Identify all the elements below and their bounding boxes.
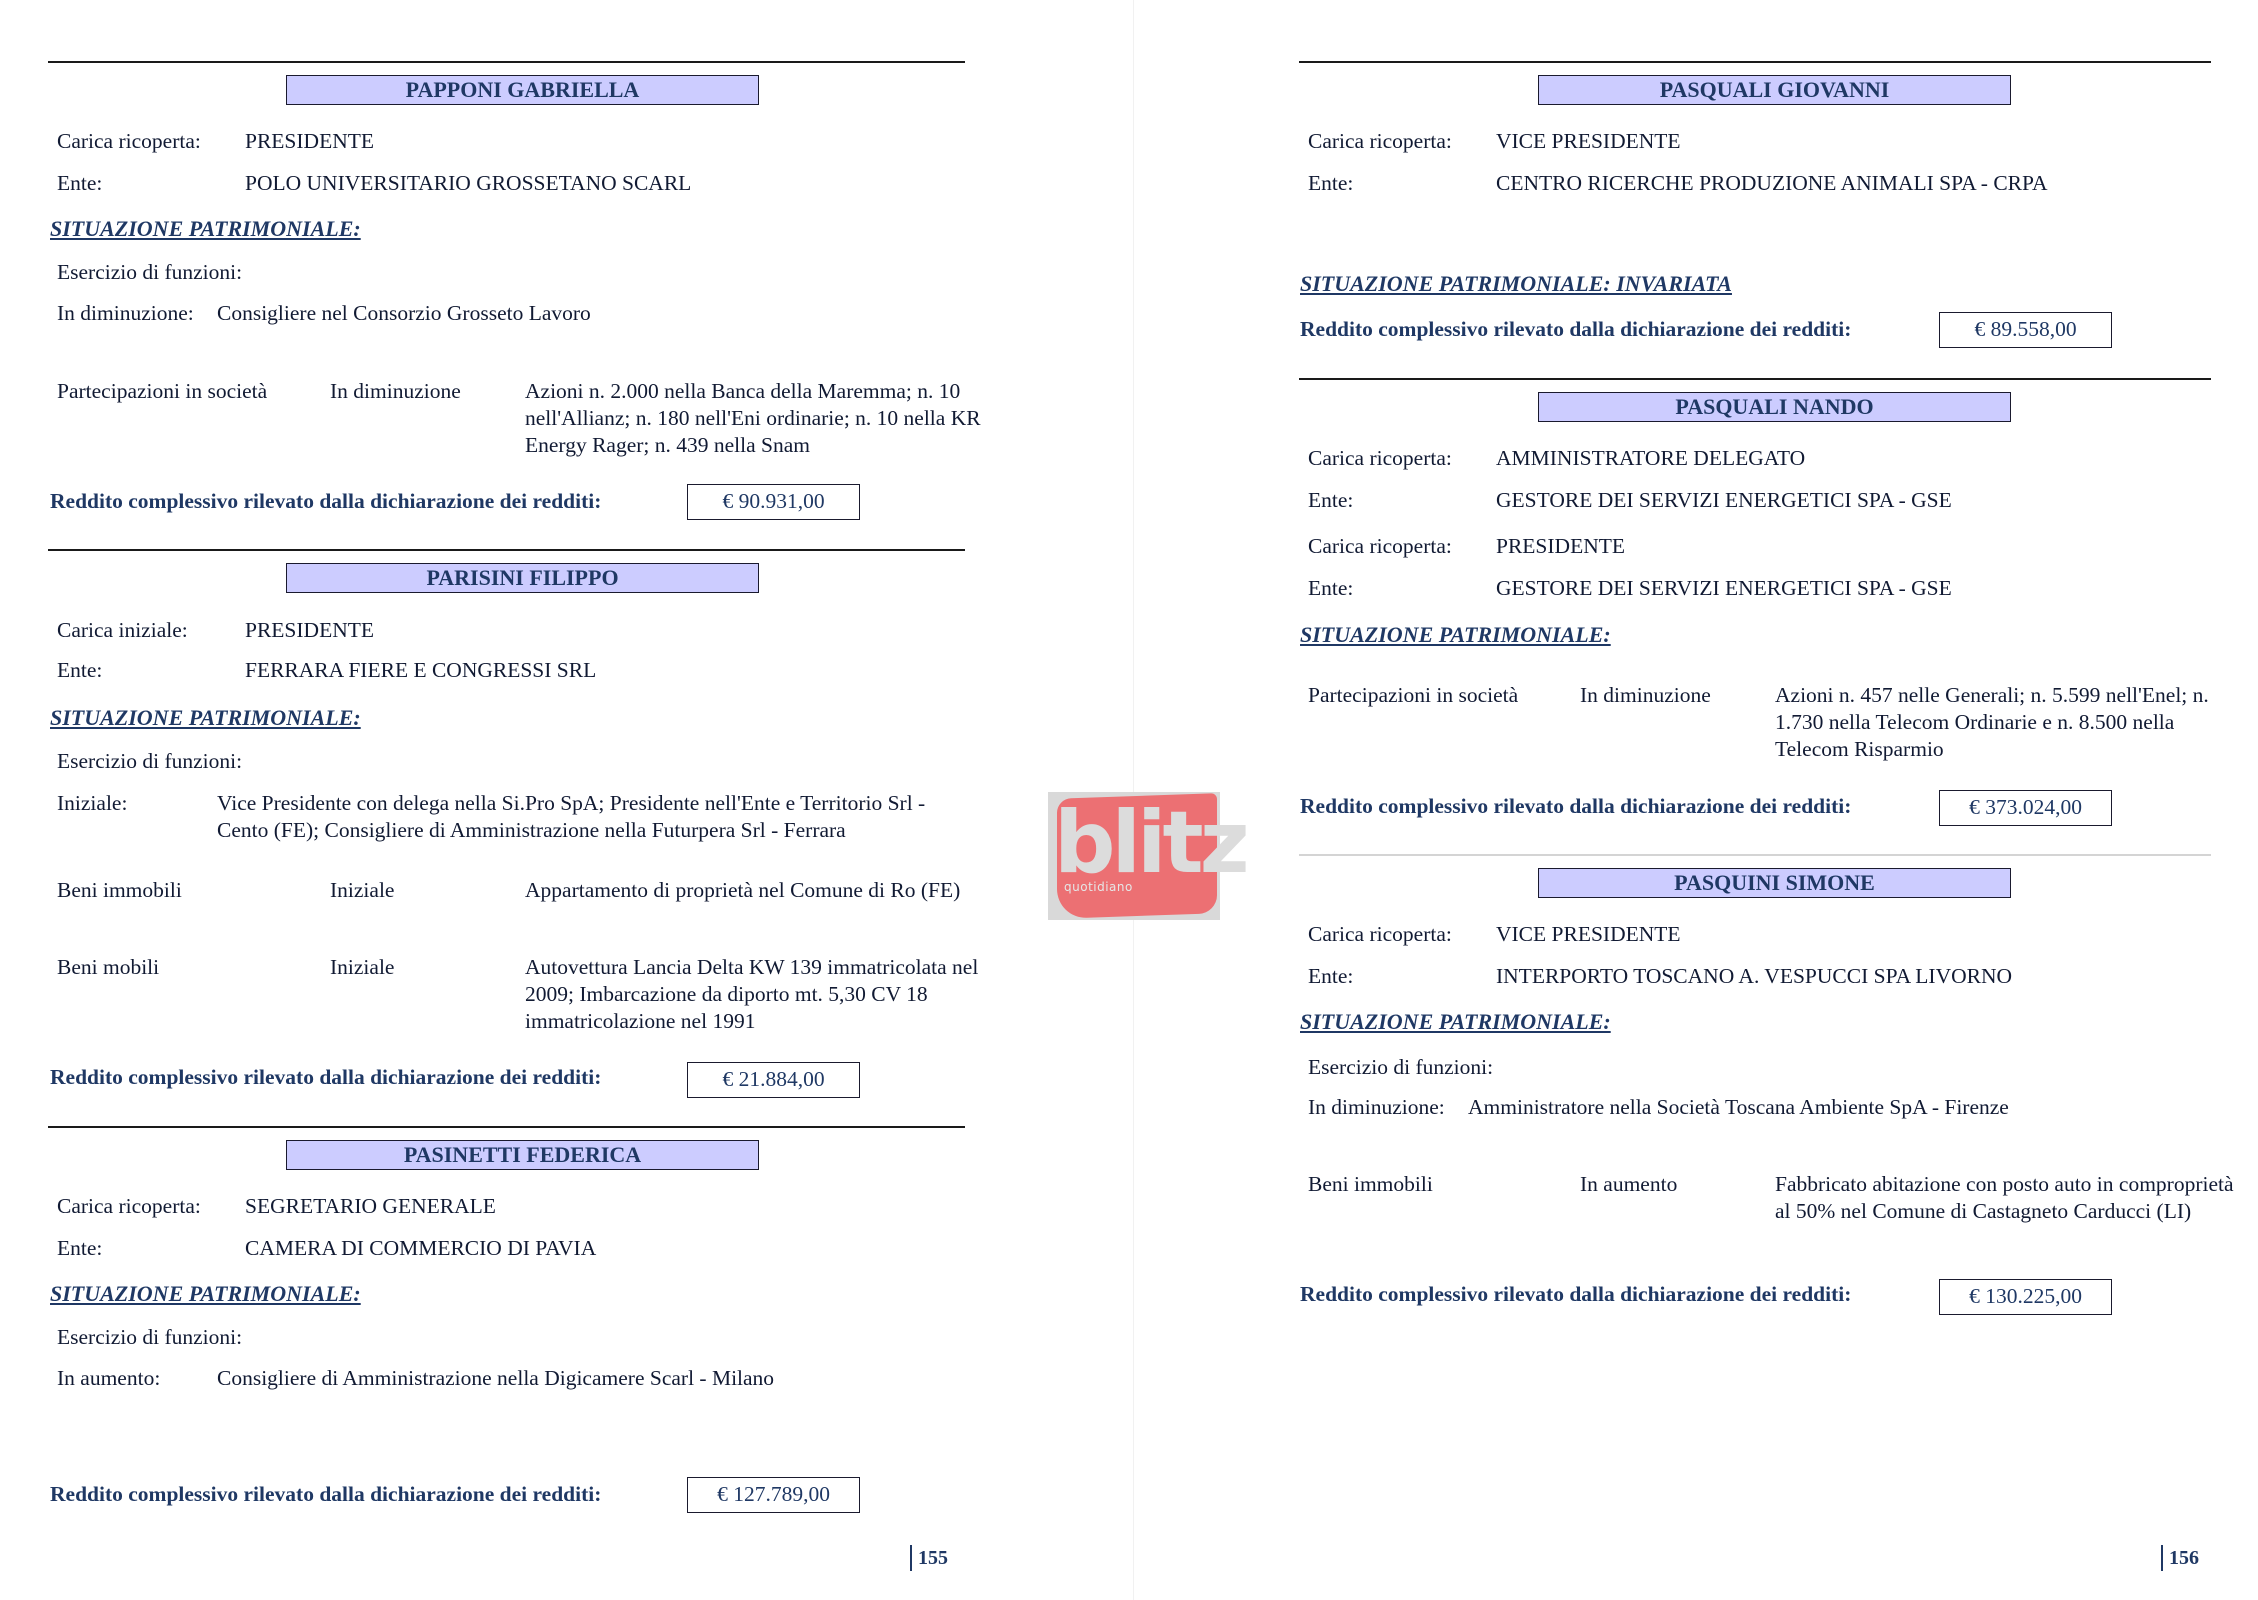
carica-value: AMMINISTRATORE DELEGATO: [1496, 445, 1805, 472]
logo-subtitle: quotidiano: [1064, 880, 1133, 894]
asset-change: In diminuzione: [330, 378, 461, 405]
funzioni-value: Consigliere di Amministrazione nella Dig…: [217, 1365, 774, 1392]
funzioni-value: Consigliere nel Consorzio Grosseto Lavor…: [217, 300, 591, 327]
asset-change: In diminuzione: [1580, 682, 1711, 709]
ente-value: POLO UNIVERSITARIO GROSSETANO SCARL: [245, 170, 691, 197]
situazione-heading: SITUAZIONE PATRIMONIALE:: [50, 704, 361, 731]
carica-value: VICE PRESIDENTE: [1496, 128, 1681, 155]
ente-label: Ente:: [1308, 963, 1353, 990]
blitz-quotidiano-logo: blitz quotidiano: [1048, 792, 1220, 920]
esercizio-label: Esercizio di funzioni:: [1308, 1054, 1493, 1081]
person-name-header: PARISINI FILIPPO: [286, 563, 759, 593]
situazione-heading: SITUAZIONE PATRIMONIALE:: [50, 215, 361, 242]
carica-label: Carica ricoperta:: [1308, 533, 1452, 560]
reddito-value: € 130.225,00: [1939, 1279, 2112, 1315]
ente-value: CAMERA DI COMMERCIO DI PAVIA: [245, 1235, 596, 1262]
reddito-label: Reddito complessivo rilevato dalla dichi…: [1300, 793, 1851, 820]
carica-value: VICE PRESIDENTE: [1496, 921, 1681, 948]
asset-type: Beni immobili: [1308, 1171, 1433, 1198]
ente-value: INTERPORTO TOSCANO A. VESPUCCI SPA LIVOR…: [1496, 963, 2012, 990]
carica-label: Carica ricoperta:: [1308, 445, 1452, 472]
reddito-label: Reddito complessivo rilevato dalla dichi…: [1300, 316, 1851, 343]
reddito-label: Reddito complessivo rilevato dalla dichi…: [50, 1481, 601, 1508]
ente-value: CENTRO RICERCHE PRODUZIONE ANIMALI SPA -…: [1496, 170, 2048, 197]
asset-description: Fabbricato abitazione con posto auto in …: [1775, 1171, 2235, 1225]
carica-value: SEGRETARIO GENERALE: [245, 1193, 496, 1220]
asset-change: Iniziale: [330, 954, 394, 981]
asset-description: Azioni n. 2.000 nella Banca della Maremm…: [525, 378, 985, 459]
asset-type: Beni immobili: [57, 877, 182, 904]
reddito-value: € 89.558,00: [1939, 312, 2112, 348]
person-name-header: PASQUINI SIMONE: [1538, 868, 2011, 898]
situazione-heading: SITUAZIONE PATRIMONIALE: INVARIATA: [1300, 270, 1732, 297]
reddito-value: € 373.024,00: [1939, 790, 2112, 826]
funzioni-qualifier: In diminuzione:: [1308, 1094, 1445, 1121]
carica-label: Carica iniziale:: [57, 617, 188, 644]
ente-label: Ente:: [1308, 170, 1353, 197]
ente-value: GESTORE DEI SERVIZI ENERGETICI SPA - GSE: [1496, 487, 1952, 514]
page-number: 156: [2161, 1545, 2199, 1571]
asset-change: In aumento: [1580, 1171, 1677, 1198]
asset-description: Azioni n. 457 nelle Generali; n. 5.599 n…: [1775, 682, 2245, 763]
asset-type: Partecipazioni in società: [1308, 682, 1518, 709]
separator-line: [48, 61, 965, 63]
carica-label: Carica ricoperta:: [57, 128, 201, 155]
separator-line: [1299, 378, 2211, 380]
ente-label: Ente:: [57, 657, 102, 684]
funzioni-value: Vice Presidente con delega nella Si.Pro …: [217, 790, 957, 844]
ente-label: Ente:: [1308, 487, 1353, 514]
separator-line: [48, 1126, 965, 1128]
situazione-heading: SITUAZIONE PATRIMONIALE:: [1300, 621, 1611, 648]
person-name-header: PASQUALI GIOVANNI: [1538, 75, 2011, 105]
ente-value: GESTORE DEI SERVIZI ENERGETICI SPA - GSE: [1496, 575, 1952, 602]
situazione-heading: SITUAZIONE PATRIMONIALE:: [50, 1280, 361, 1307]
reddito-label: Reddito complessivo rilevato dalla dichi…: [1300, 1281, 1851, 1308]
funzioni-qualifier: In diminuzione:: [57, 300, 194, 327]
carica-label: Carica ricoperta:: [57, 1193, 201, 1220]
page-number: 155: [910, 1545, 948, 1571]
reddito-label: Reddito complessivo rilevato dalla dichi…: [50, 488, 601, 515]
separator-line: [48, 549, 965, 551]
reddito-value: € 127.789,00: [687, 1477, 860, 1513]
funzioni-value: Amministratore nella Società Toscana Amb…: [1468, 1094, 2009, 1121]
carica-value: PRESIDENTE: [1496, 533, 1625, 560]
situazione-heading: SITUAZIONE PATRIMONIALE:: [1300, 1008, 1611, 1035]
carica-value: PRESIDENTE: [245, 128, 374, 155]
ente-label: Ente:: [57, 170, 102, 197]
asset-change: Iniziale: [330, 877, 394, 904]
carica-label: Carica ricoperta:: [1308, 128, 1452, 155]
funzioni-qualifier: Iniziale:: [57, 790, 127, 817]
person-name-header: PASQUALI NANDO: [1538, 392, 2011, 422]
esercizio-label: Esercizio di funzioni:: [57, 1324, 242, 1351]
asset-type: Beni mobili: [57, 954, 159, 981]
separator-line: [1299, 854, 2211, 856]
asset-type: Partecipazioni in società: [57, 378, 267, 405]
esercizio-label: Esercizio di funzioni:: [57, 259, 242, 286]
reddito-label: Reddito complessivo rilevato dalla dichi…: [50, 1064, 601, 1091]
ente-label: Ente:: [57, 1235, 102, 1262]
separator-line: [1299, 61, 2211, 63]
reddito-value: € 21.884,00: [687, 1062, 860, 1098]
asset-description: Autovettura Lancia Delta KW 139 immatric…: [525, 954, 995, 1035]
person-name-header: PASINETTI FEDERICA: [286, 1140, 759, 1170]
person-name-header: PAPPONI GABRIELLA: [286, 75, 759, 105]
esercizio-label: Esercizio di funzioni:: [57, 748, 242, 775]
reddito-value: € 90.931,00: [687, 484, 860, 520]
ente-label: Ente:: [1308, 575, 1353, 602]
logo-wordmark: blitz: [1054, 798, 1246, 888]
carica-value: PRESIDENTE: [245, 617, 374, 644]
carica-label: Carica ricoperta:: [1308, 921, 1452, 948]
ente-value: FERRARA FIERE E CONGRESSI SRL: [245, 657, 596, 684]
funzioni-qualifier: In aumento:: [57, 1365, 160, 1392]
asset-description: Appartamento di proprietà nel Comune di …: [525, 877, 985, 904]
